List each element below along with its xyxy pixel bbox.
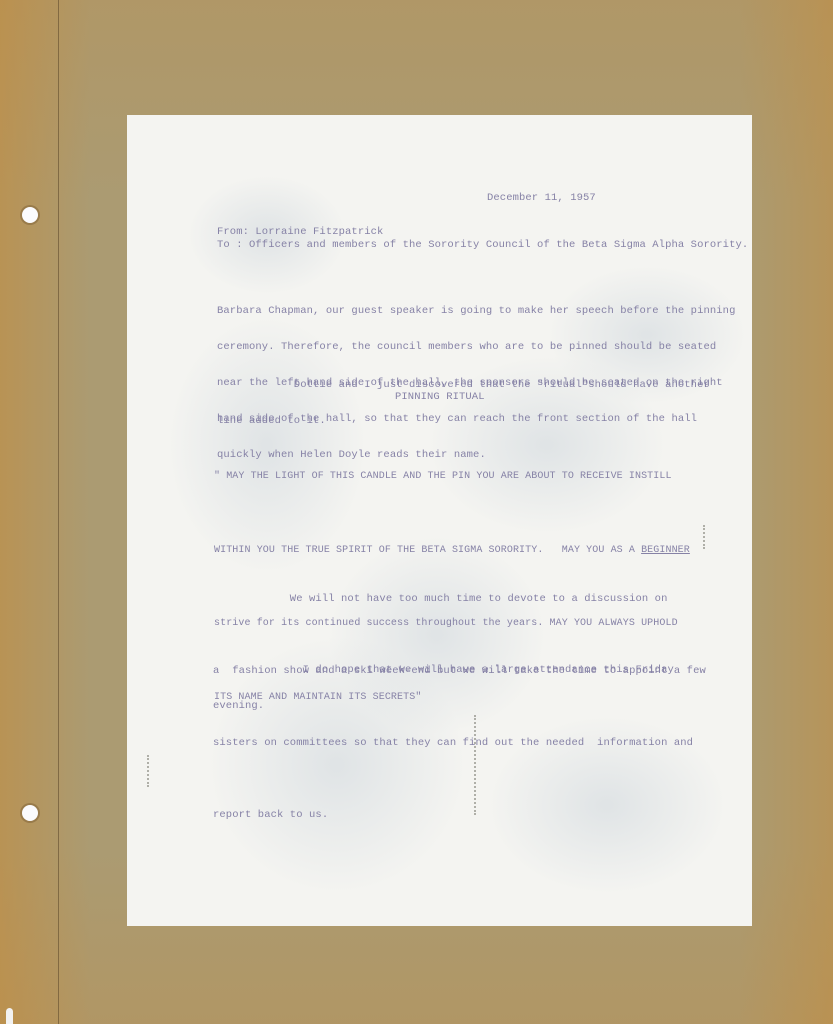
board-corner-notch bbox=[6, 1008, 13, 1024]
text-line: I do hope that we will have a large atte… bbox=[213, 664, 743, 676]
letter-to: To : Officers and members of the Sororit… bbox=[217, 239, 748, 251]
letter-from: From: Lorraine Fitzpatrick bbox=[217, 226, 383, 238]
binder-hole-top bbox=[22, 207, 38, 223]
text-line: Barbara Chapman, our guest speaker is go… bbox=[217, 305, 727, 317]
binder-hole-bottom bbox=[22, 805, 38, 821]
text-line: evening. bbox=[213, 700, 743, 712]
letter-date: December 11, 1957 bbox=[487, 192, 596, 204]
text-line: Dottie and I just discovered that the "r… bbox=[217, 379, 727, 391]
ritual-heading: PINNING RITUAL bbox=[395, 391, 485, 403]
text-line: report back to us. bbox=[213, 803, 743, 827]
text-line: " MAY THE LIGHT OF THIS CANDLE AND THE P… bbox=[214, 465, 734, 490]
text-line: We will not have too much time to devote… bbox=[213, 587, 743, 611]
board-fold-line bbox=[58, 0, 59, 1024]
letter-body: December 11, 1957 From: Lorraine Fitzpat… bbox=[127, 115, 752, 926]
text-line: ceremony. Therefore, the council members… bbox=[217, 341, 727, 353]
typed-letter-page: December 11, 1957 From: Lorraine Fitzpat… bbox=[127, 115, 752, 926]
paragraph-closing: I do hope that we will have a large atte… bbox=[213, 640, 743, 736]
